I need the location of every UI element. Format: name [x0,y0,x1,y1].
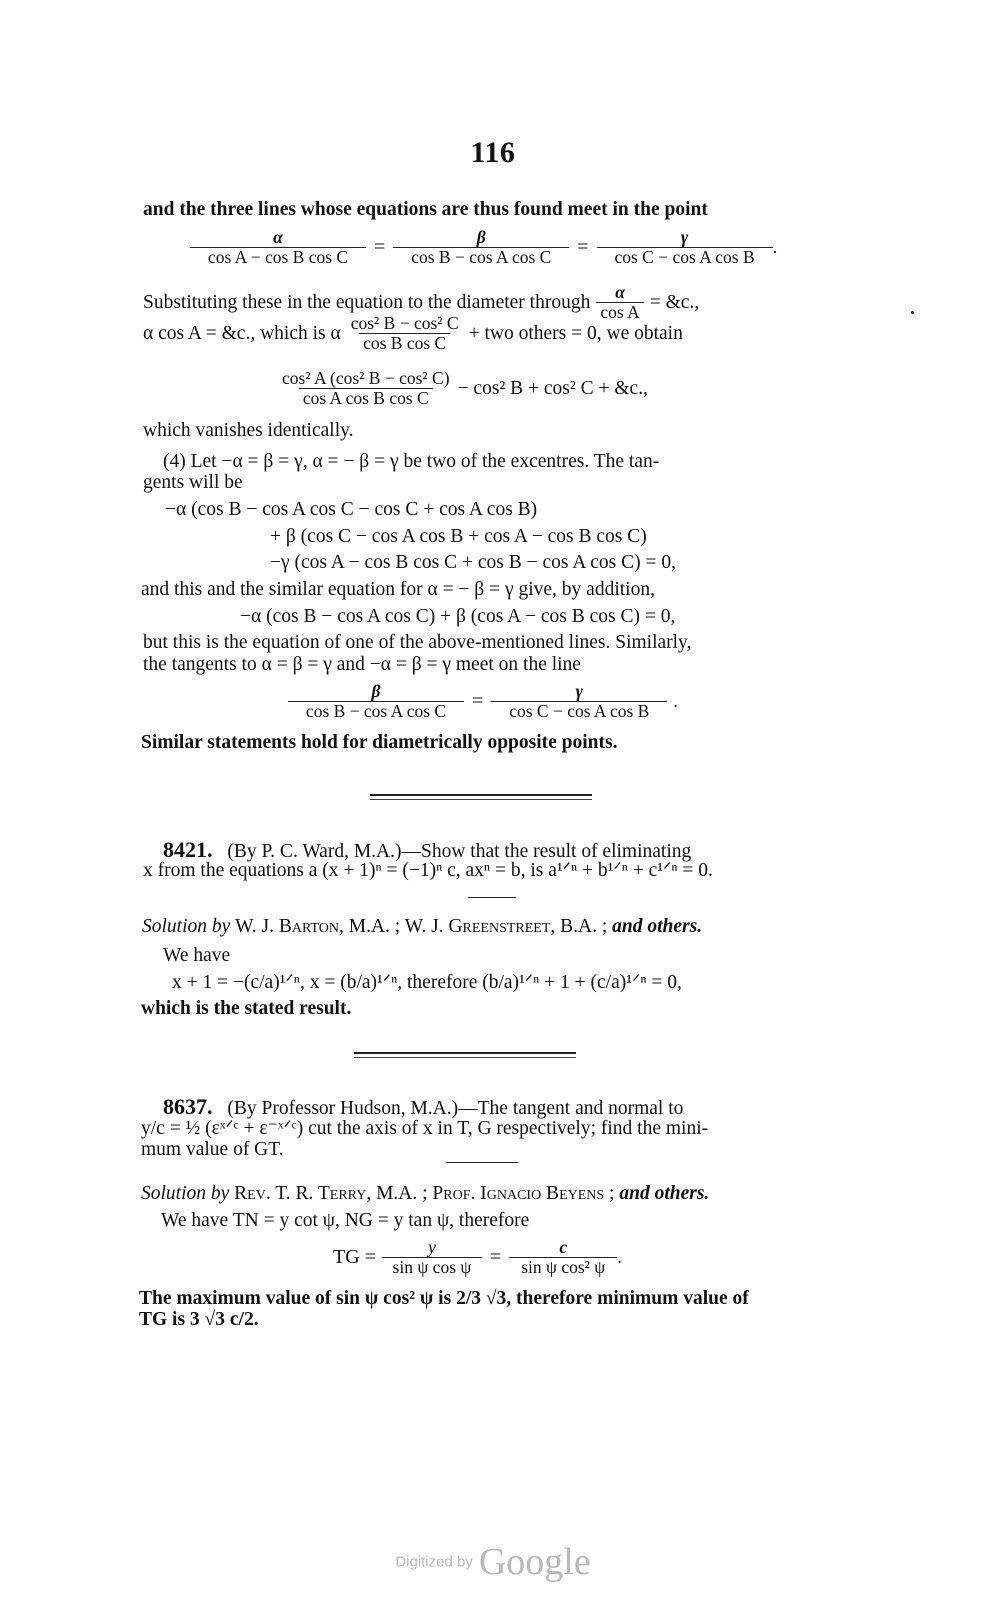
section-separator [354,1052,576,1054]
equals-sign: = [490,1246,501,1269]
numerator: γ [677,228,692,247]
denominator: sin ψ cos² ψ [509,1257,617,1277]
google-logo: Google [479,1541,591,1583]
solver-names: W. J. Barton, M.A. ; W. J. Greenstreet, … [235,916,607,937]
text: Substituting these in the equation to th… [143,292,590,314]
fraction: β cos B − cos A cos C [393,228,569,267]
paragraph-line: We have TN = y cot ψ, NG = y tan ψ, ther… [161,1210,529,1232]
text: − cos² B + cos² C + &c., [458,378,648,400]
paragraph-line: the tangents to α = β = γ and −α = β = γ… [143,654,581,676]
equals-sign: = [472,690,483,713]
denominator: cos A − cos B cos C [190,247,366,267]
and-others: and others. [612,916,702,937]
denominator: cos B cos C [359,333,450,353]
period: . [617,1247,622,1269]
paragraph-line: which vanishes identically. [143,420,353,442]
numerator: cos² A (cos² B − cos² C) [278,369,454,388]
digitized-by-text: Digitized by [395,1554,473,1571]
paragraph-line: TG is 3 √3 c/2. [139,1309,259,1331]
point-equation: α cos A − cos B cos C = β cos B − cos A … [190,228,777,267]
solver-names: Rev. T. R. Terry, M.A. ; Prof. Ignacio B… [234,1183,614,1204]
numerator: β [473,228,490,247]
digitized-by-google-watermark: Digitized by Google [0,1540,986,1584]
fraction: y sin ψ cos ψ [382,1238,482,1277]
fraction: cos² A (cos² B − cos² C) cos A cos B cos… [278,369,454,408]
fraction: β cos B − cos A cos C [288,682,464,721]
line-equation: β cos B − cos A cos C = γ cos C − cos A … [288,682,678,721]
tg-label: TG = [333,1246,376,1269]
paragraph-line: (4) Let −α = β = γ, α = − β = γ be two o… [163,451,659,473]
equation-line: + β (cos C − cos A cos B + cos A − cos B… [270,526,647,548]
question-author: (By Professor Hudson, M.A.) [227,1098,458,1119]
question-heading: 8637. (By Professor Hudson, M.A.)—The ta… [163,1096,683,1120]
denominator: cos C − cos A cos B [597,247,773,267]
equation-obtain: cos² A (cos² B − cos² C) cos A cos B cos… [278,369,648,408]
numerator: α [611,283,629,302]
question-text: mum value of GT. [141,1139,284,1161]
equals-sign: = [374,236,385,259]
numerator: c [555,1238,571,1257]
fraction: cos² B − cos² C cos B cos C [347,314,463,353]
question-number: 8637. [163,1094,213,1119]
denominator: cos A cos B cos C [299,388,433,408]
question-text: —Show that the result of eliminating [402,841,692,862]
short-rule [468,897,516,898]
tg-equation: TG = y sin ψ cos ψ = c sin ψ cos² ψ . [333,1238,622,1277]
paragraph-line: but this is the equation of one of the a… [143,632,691,654]
equals-sign: = [577,236,588,259]
period: . [773,237,778,259]
question-author: (By P. C. Ward, M.A.) [227,841,401,862]
equation-line: −γ (cos A − cos B cos C + cos B − cos A … [270,552,676,574]
text: + two others = 0, we obtain [469,323,683,345]
paragraph-line: α cos A = &c., which is α cos² B − cos² … [143,314,683,353]
short-rule [446,1162,518,1163]
paragraph-line: which is the stated result. [141,998,351,1020]
denominator: cos B − cos A cos C [288,701,464,721]
fraction: α cos A − cos B cos C [190,228,366,267]
question-text: x from the equations a (x + 1)ⁿ = (−1)ⁿ … [143,860,713,882]
paragraph-line: gents will be [143,472,243,494]
fraction: γ cos C − cos A cos B [491,682,667,721]
equation-line: −α (cos B − cos A cos C) + β (cos A − co… [240,606,675,628]
question-text: y/c = ½ (εˣᐟᶜ + ε⁻ˣᐟᶜ) cut the axis of x… [141,1118,708,1140]
denominator: cos B − cos A cos C [393,247,569,267]
paragraph-line: and the three lines whose equations are … [143,199,708,221]
section-separator [370,794,592,796]
paragraph-line: Similar statements hold for diametricall… [141,732,617,754]
solution-label: Solution by [142,916,230,937]
author-text: (By P. C. Ward, M.A.) [227,841,401,862]
page-number: 116 [0,136,986,170]
solution-label: Solution by [141,1183,229,1204]
solution-credit: Solution by Rev. T. R. Terry, M.A. ; Pro… [141,1183,709,1205]
paragraph-line: The maximum value of sin ψ cos² ψ is 2/3… [139,1288,749,1310]
denominator: cos C − cos A cos B [491,701,667,721]
question-number: 8421. [163,837,213,862]
numerator: γ [572,682,587,701]
solution-credit: Solution by W. J. Barton, M.A. ; W. J. G… [142,916,702,938]
numerator: y [424,1238,440,1257]
numerator: β [368,682,385,701]
question-text: —The tangent and normal to [458,1098,683,1119]
text: α cos A = &c., which is α [143,323,341,345]
text: = &c., [650,292,699,314]
paragraph-line: and this and the similar equation for α … [141,579,655,601]
fraction: c sin ψ cos² ψ [509,1238,617,1277]
and-others: and others. [619,1183,709,1204]
denominator: sin ψ cos ψ [382,1257,482,1277]
equation-line: −α (cos B − cos A cos C − cos C + cos A … [165,499,537,521]
fraction: γ cos C − cos A cos B [597,228,773,267]
scan-speck [911,311,914,314]
paragraph-line: We have [163,945,230,967]
equation-line: x + 1 = −(c/a)¹ᐟⁿ, x = (b/a)¹ᐟⁿ, therefo… [172,972,682,994]
numerator: cos² B − cos² C [347,314,463,333]
numerator: α [269,228,287,247]
period: . [673,691,678,713]
